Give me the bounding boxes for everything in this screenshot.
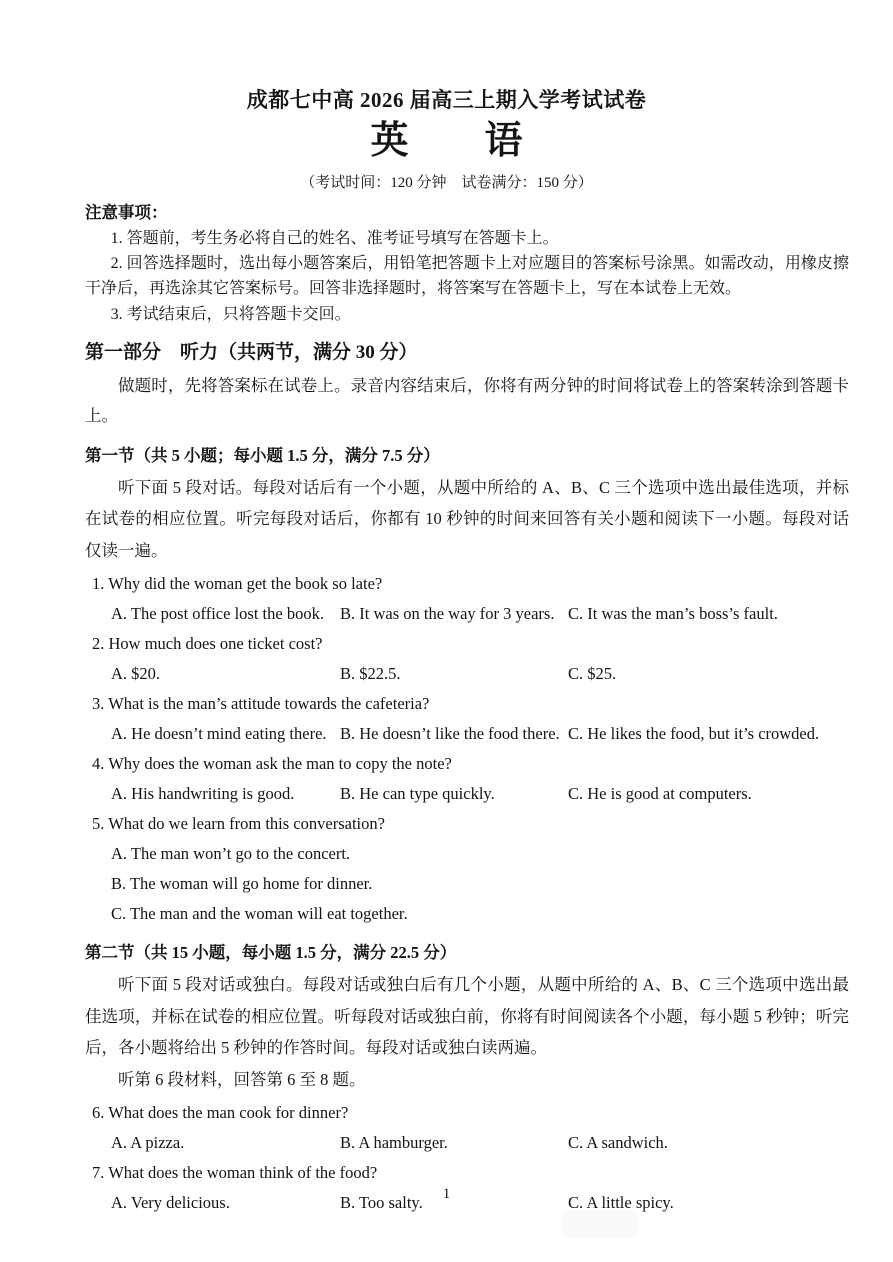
- exam-page: 成都七中高 2026 届高三上期入学考试试卷 英 语 （考试时间：120 分钟 …: [0, 0, 893, 1262]
- question-3-option-a: A. He doesn’t mind eating there.: [111, 719, 340, 749]
- section1-question-list: 1. Why did the woman get the book so lat…: [85, 569, 849, 929]
- question-1: 1. Why did the woman get the book so lat…: [85, 569, 849, 629]
- question-3-text: 3. What is the man’s attitude towards th…: [92, 689, 849, 719]
- question-3-options: A. He doesn’t mind eating there. B. He d…: [111, 719, 849, 749]
- question-1-options: A. The post office lost the book. B. It …: [111, 599, 849, 629]
- question-1-option-c: C. It was the man’s boss’s fault.: [568, 599, 849, 629]
- page-header: 成都七中高 2026 届高三上期入学考试试卷 英 语 （考试时间：120 分钟 …: [0, 0, 893, 192]
- notice-item-3: 3. 考试结束后，只将答题卡交回。: [85, 302, 849, 327]
- question-2-options: A. $20. B. $22.5. C. $25.: [111, 659, 849, 689]
- question-5: 5. What do we learn from this conversati…: [85, 809, 849, 929]
- question-3-option-b: B. He doesn’t like the food there.: [340, 719, 568, 749]
- question-4-option-a: A. His handwriting is good.: [111, 779, 340, 809]
- notice-item-1: 1. 答题前，考生务必将自己的姓名、准考证号填写在答题卡上。: [85, 226, 849, 251]
- question-6-option-b: B. A hamburger.: [340, 1128, 568, 1158]
- section2-intro: 听下面 5 段对话或独白。每段对话或独白后有几个小题，从题中所给的 A、B、C …: [85, 969, 849, 1064]
- question-6-option-c: C. A sandwich.: [568, 1128, 849, 1158]
- notice-heading: 注意事项：: [85, 200, 849, 226]
- watermark-smudge: [563, 1210, 637, 1238]
- exam-title: 成都七中高 2026 届高三上期入学考试试卷: [0, 84, 893, 114]
- question-4-option-c: C. He is good at computers.: [568, 779, 849, 809]
- question-4-text: 4. Why does the woman ask the man to cop…: [92, 749, 849, 779]
- question-2-option-c: C. $25.: [568, 659, 849, 689]
- question-3: 3. What is the man’s attitude towards th…: [85, 689, 849, 749]
- question-4-options: A. His handwriting is good. B. He can ty…: [111, 779, 849, 809]
- question-1-option-a: A. The post office lost the book.: [111, 599, 340, 629]
- question-5-option-a: A. The man won’t go to the concert.: [111, 839, 849, 869]
- question-5-text: 5. What do we learn from this conversati…: [92, 809, 849, 839]
- material-note-6: 听第 6 段材料，回答第 6 至 8 题。: [85, 1064, 849, 1096]
- question-1-text: 1. Why did the woman get the book so lat…: [92, 569, 849, 599]
- question-1-option-b: B. It was on the way for 3 years.: [340, 599, 568, 629]
- section1-heading: 第一节（共 5 小题；每小题 1.5 分，满分 7.5 分）: [85, 443, 849, 469]
- page-content: 注意事项： 1. 答题前，考生务必将自己的姓名、准考证号填写在答题卡上。 2. …: [0, 192, 893, 1218]
- question-6-option-a: A. A pizza.: [111, 1128, 340, 1158]
- question-2-text: 2. How much does one ticket cost?: [92, 629, 849, 659]
- exam-info: （考试时间：120 分钟 试卷满分：150 分）: [0, 171, 893, 192]
- section1-intro: 听下面 5 段对话。每段对话后有一个小题，从题中所给的 A、B、C 三个选项中选…: [85, 472, 849, 567]
- question-5-option-c: C. The man and the woman will eat togeth…: [111, 899, 849, 929]
- question-2-option-b: B. $22.5.: [340, 659, 568, 689]
- question-6-options: A. A pizza. B. A hamburger. C. A sandwic…: [111, 1128, 849, 1158]
- question-6: 6. What does the man cook for dinner? A.…: [85, 1098, 849, 1158]
- question-2-option-a: A. $20.: [111, 659, 340, 689]
- exam-subject: 英 语: [0, 118, 893, 164]
- question-7-text: 7. What does the woman think of the food…: [92, 1158, 849, 1188]
- question-5-options: A. The man won’t go to the concert. B. T…: [111, 839, 849, 929]
- question-6-text: 6. What does the man cook for dinner?: [92, 1098, 849, 1128]
- section2-heading: 第二节（共 15 小题，每小题 1.5 分，满分 22.5 分）: [85, 940, 849, 966]
- notice-item-2: 2. 回答选择题时，选出每小题答案后，用铅笔把答题卡上对应题目的答案标号涂黑。如…: [85, 251, 849, 301]
- part1-heading: 第一部分 听力（共两节，满分 30 分）: [85, 340, 849, 366]
- question-2: 2. How much does one ticket cost? A. $20…: [85, 629, 849, 689]
- question-5-option-b: B. The woman will go home for dinner.: [111, 869, 849, 899]
- question-3-option-c: C. He likes the food, but it’s crowded.: [568, 719, 849, 749]
- question-4: 4. Why does the woman ask the man to cop…: [85, 749, 849, 809]
- question-4-option-b: B. He can type quickly.: [340, 779, 568, 809]
- page-number: 1: [0, 1186, 893, 1203]
- part1-intro: 做题时，先将答案标在试卷上。录音内容结束后，你将有两分钟的时间将试卷上的答案转涂…: [85, 371, 849, 432]
